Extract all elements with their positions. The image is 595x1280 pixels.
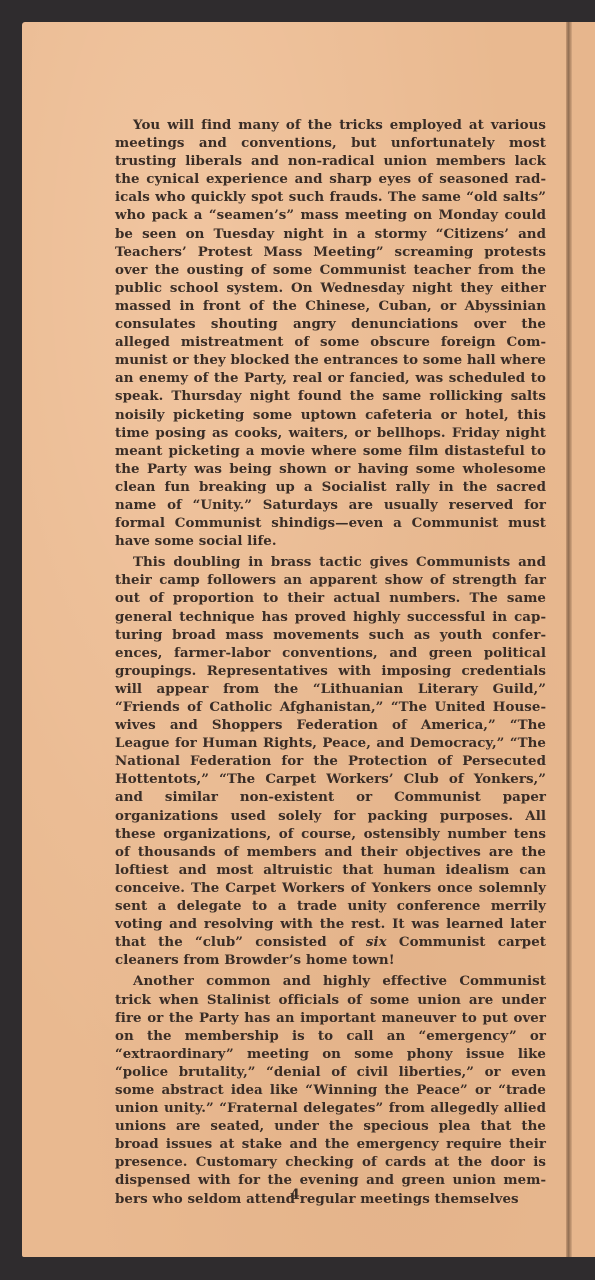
- paragraph-2: This doubling in brass tactic gives Comm…: [115, 553, 546, 969]
- paragraph-1: You will find many of the tricks employe…: [115, 116, 546, 550]
- emphasis-six: six: [366, 934, 387, 950]
- paragraph-2-text: This doubling in brass tactic gives Comm…: [115, 554, 546, 950]
- adjacent-page-edge: [572, 22, 595, 1257]
- body-text: You will find many of the tricks employe…: [115, 116, 546, 1211]
- document-page: You will find many of the tricks employe…: [22, 22, 568, 1257]
- paragraph-3: Another common and highly effective Comm…: [115, 972, 546, 1207]
- page-number: 4: [22, 1187, 568, 1203]
